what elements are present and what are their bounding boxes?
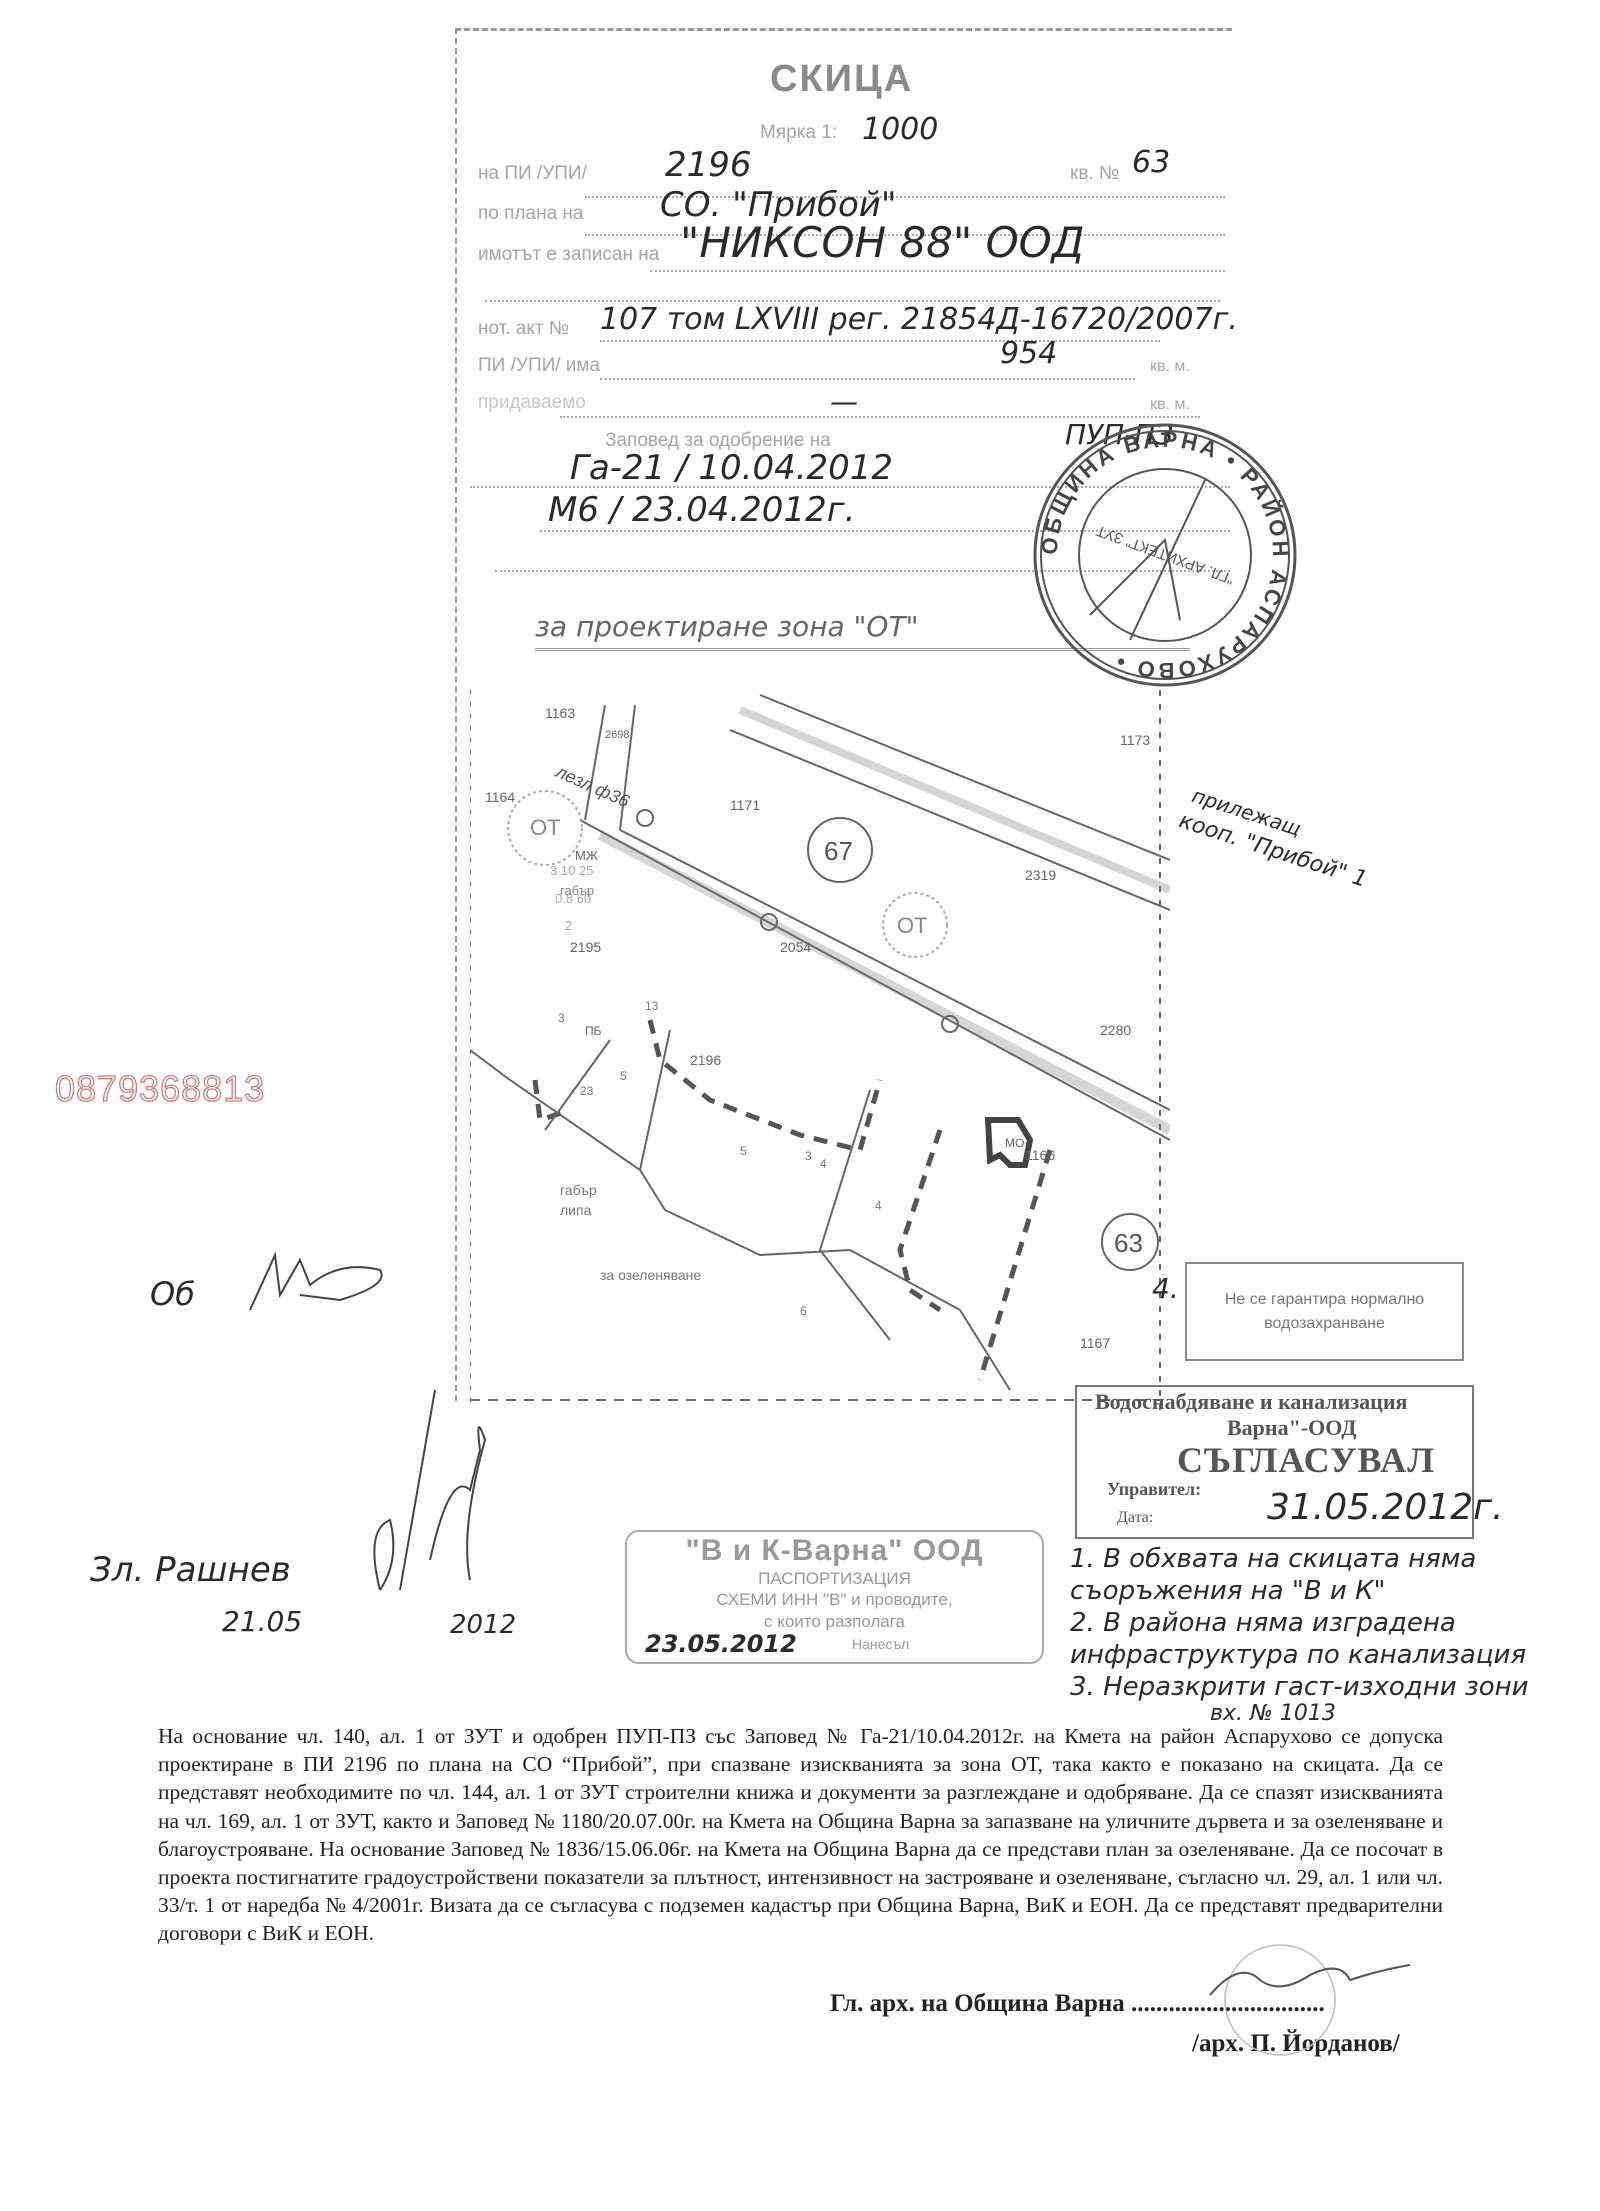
vik-note-line: съоръжения на "В и К"	[1070, 1575, 1529, 1607]
architect-signature	[1150, 1940, 1450, 2060]
svg-text:6: 6	[800, 1304, 807, 1318]
extra-value: —	[830, 385, 858, 418]
plot-label: на ПИ /УПИ/	[478, 163, 587, 185]
year-handwritten: 2012	[450, 1610, 516, 1640]
vik-line-1: Водоснабдяване и канализация	[1095, 1389, 1407, 1415]
passport-stamp-title: "В и К-Варна" ООД	[627, 1534, 1042, 1568]
date-handwritten: 21.05	[222, 1605, 302, 1638]
svg-text:2054: 2054	[780, 939, 811, 955]
svg-text:63: 63	[1114, 1228, 1143, 1258]
signer-name: Зл. Рашнев	[90, 1550, 291, 1590]
passport-stamp-signer-label: Нанесъл	[852, 1636, 909, 1652]
vik-notes: 1. В обхвата на скицата няма съоръжения …	[1070, 1543, 1529, 1725]
svg-text:1164: 1164	[485, 789, 515, 805]
svg-text:лезл ф36: лезл ф36	[552, 761, 633, 812]
svg-text:3: 3	[805, 1149, 812, 1163]
order-value-2: М6 / 23.04.2012г.	[548, 490, 855, 530]
svg-text:МЖ: МЖ	[575, 848, 598, 863]
resolution-text: На основание чл. 140, ал. 1 от ЗУТ и одо…	[158, 1722, 1443, 1948]
notice-number: 4.	[1152, 1272, 1179, 1305]
svg-text:1171: 1171	[730, 797, 760, 813]
svg-text:1167: 1167	[1080, 1335, 1110, 1351]
document-title: СКИЦА	[770, 58, 913, 101]
svg-text:1173: 1173	[1120, 732, 1150, 748]
vik-note-line: инфраструктура по канализация	[1070, 1639, 1529, 1671]
deed-value: 107 том LXVIII рег. 21854Д-16720/2007г.	[600, 302, 1238, 337]
svg-text:1166: 1166	[1025, 1147, 1055, 1163]
form-rule	[600, 340, 1160, 342]
svg-text:2280: 2280	[1100, 1022, 1131, 1038]
vik-note-line: 2. В района няма изградена	[1070, 1607, 1529, 1639]
svg-text:ОТ: ОТ	[530, 815, 561, 840]
vik-line-2: Варна"-ООД	[1227, 1415, 1356, 1441]
svg-text:5: 5	[620, 1069, 627, 1083]
owner-label: имотът е записан на	[478, 244, 659, 266]
notice-line-1: Не се гарантира нормално	[1225, 1288, 1424, 1312]
faded-stamp-left	[100, 1110, 460, 1230]
vik-manager-label: Управител:	[1107, 1479, 1201, 1500]
svg-text:1163: 1163	[545, 705, 575, 721]
svg-text:3: 3	[558, 1011, 565, 1025]
passport-stamp-line-1: ПАСПОРТИЗАЦИЯ	[627, 1568, 1042, 1589]
svg-text:ОТ: ОТ	[897, 913, 928, 938]
svg-text:"ГЛ. АРХИТЕКТ" ЗУТ: "ГЛ. АРХИТЕКТ" ЗУТ	[1094, 522, 1236, 588]
deed-label: нот. акт №	[478, 318, 569, 340]
vik-note-line: 1. В обхвата на скицата няма	[1070, 1543, 1529, 1575]
passport-stamp-line-2: СХЕМИ ИНН "В" и проводите,	[627, 1589, 1042, 1610]
area-label: ПИ /УПИ/ има	[478, 355, 600, 377]
vik-date-value: 31.05.2012г.	[1267, 1487, 1503, 1528]
vik-date-label: Дата:	[1117, 1509, 1153, 1527]
svg-text:4: 4	[820, 1157, 827, 1171]
plan-label: по плана на	[478, 203, 583, 225]
svg-text:габър: габър	[560, 1182, 597, 1198]
svg-text:2195: 2195	[570, 939, 601, 955]
scale-label: Мярка 1:	[760, 122, 837, 144]
svg-text:5: 5	[740, 1144, 747, 1158]
water-supply-notice: Не се гарантира нормално водозахранване	[1185, 1262, 1464, 1361]
svg-text:2698: 2698	[605, 729, 629, 741]
cadastral-plan: 1163 1164 1171 1173 2319 2280 2195 2054 …	[470, 690, 1170, 1410]
svg-text:67: 67	[824, 836, 853, 866]
owner-value: "НИКСОН 88" ООД	[680, 218, 1085, 267]
passport-stamp-line-3: с които разполага	[627, 1611, 1042, 1632]
phone-watermark: 0879368813	[55, 1068, 265, 1110]
svg-text:габър: габър	[560, 883, 594, 898]
vik-passport-stamp: "В и К-Варна" ООД ПАСПОРТИЗАЦИЯ СХЕМИ ИН…	[625, 1530, 1044, 1664]
svg-text:13: 13	[645, 999, 659, 1013]
vik-approved: СЪГЛАСУВАЛ	[1177, 1439, 1435, 1481]
order-value-1: Га-21 / 10.04.2012	[570, 448, 893, 488]
svg-text:2319: 2319	[1025, 867, 1056, 883]
signature-scribble	[240, 1240, 410, 1320]
vik-approval-stamp: Водоснабдяване и канализация Варна"-ООД …	[1075, 1385, 1474, 1539]
svg-text:3 10 25: 3 10 25	[550, 863, 593, 878]
purpose-value: за проектиране зона "ОТ"	[535, 610, 918, 643]
extra-label: придаваемо	[478, 392, 586, 414]
municipality-round-stamp: ОБЩИНА ВАРНА • РАЙОН АСПАРУХОВО • "ГЛ. А…	[1030, 420, 1300, 690]
svg-text:за озеленяване: за озеленяване	[600, 1267, 701, 1283]
vik-note-line: 3. Неразкрити гаст-изходни зони	[1070, 1671, 1529, 1703]
passport-stamp-date: 23.05.2012	[645, 1630, 797, 1658]
svg-text:2: 2	[565, 918, 572, 933]
svg-text:МО: МО	[1005, 1136, 1024, 1150]
form-rule	[600, 378, 1135, 380]
svg-text:23: 23	[580, 1084, 594, 1098]
area-unit: кв. м.	[1150, 358, 1190, 376]
block-label: кв. №	[1070, 163, 1119, 185]
notice-line-2: водозахранване	[1264, 1312, 1385, 1336]
extra-unit: кв. м.	[1150, 396, 1190, 414]
scale-value: 1000	[862, 112, 938, 147]
form-rule	[650, 270, 1225, 272]
signature-flourish	[360, 1380, 520, 1610]
plot-value: 2196	[665, 145, 752, 185]
block-value: 63	[1132, 145, 1170, 180]
svg-text:4: 4	[875, 1199, 882, 1213]
initials: Об	[150, 1275, 195, 1313]
area-value: 954	[1000, 336, 1057, 371]
svg-text:2196: 2196	[690, 1052, 721, 1068]
svg-text:липа: липа	[560, 1202, 592, 1218]
svg-text:ПБ: ПБ	[585, 1024, 602, 1038]
